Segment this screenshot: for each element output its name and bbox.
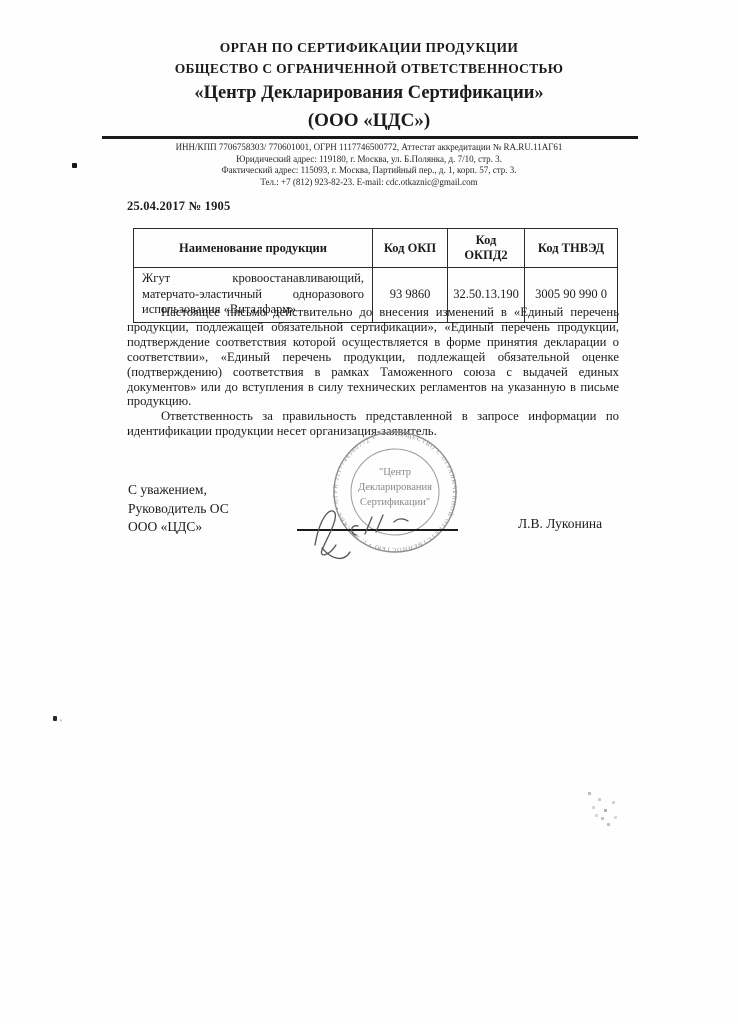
contacts-phone-email: Тел.: +7 (812) 923-82-23. E-mail: cdc.ot…: [99, 177, 639, 189]
letterhead: ОРГАН ПО СЕРТИФИКАЦИИ ПРОДУКЦИИ ОБЩЕСТВО…: [99, 37, 639, 134]
signoff-block: С уважением, Руководитель ОС ООО «ЦДС»: [128, 481, 229, 537]
scan-artifact-dot: [72, 163, 77, 168]
letterhead-divider: [102, 136, 638, 139]
scan-artifact-smudge: [588, 792, 591, 795]
table-header-okp-code: Код ОКП: [373, 229, 448, 268]
signoff-title: Руководитель ОС: [128, 500, 229, 519]
table-header-row: Наименование продукции Код ОКП Код ОКПД2…: [134, 229, 618, 268]
scanned-letter-page: ОРГАН ПО СЕРТИФИКАЦИИ ПРОДУКЦИИ ОБЩЕСТВО…: [0, 0, 738, 1024]
letter-body: Настоящее письмо действительно до внесен…: [127, 305, 619, 439]
scan-artifact-speck: [53, 716, 57, 721]
org-short-name-line: (ООО «ЦДС»): [99, 107, 639, 134]
org-form-line: ОБЩЕСТВО С ОГРАНИЧЕННОЙ ОТВЕТСТВЕННОСТЬЮ: [99, 58, 639, 80]
contacts-block: ИНН/КПП 7706758303/ 770601001, ОГРН 1117…: [99, 142, 639, 188]
date-and-number: 25.04.2017 № 1905: [127, 199, 230, 214]
table-header-tnved-code: Код ТНВЭД: [525, 229, 618, 268]
signatory-name: Л.В. Луконина: [518, 516, 602, 532]
contacts-actual-address: Фактический адрес: 115093, г. Москва, Па…: [99, 165, 639, 177]
contacts-legal-address: Юридический адрес: 119180, г. Москва, ул…: [99, 154, 639, 166]
table-header-okpd2-code: Код ОКПД2: [448, 229, 525, 268]
org-type-line: ОРГАН ПО СЕРТИФИКАЦИИ ПРОДУКЦИИ: [99, 37, 639, 58]
handwritten-signature: [290, 490, 470, 565]
table-header-product-name: Наименование продукции: [134, 229, 373, 268]
seal-center-line1: "Центр: [379, 467, 411, 478]
org-name-line: «Центр Декларирования Сертификации»: [99, 80, 639, 107]
signoff-company: ООО «ЦДС»: [128, 518, 229, 537]
body-paragraph-validity: Настоящее письмо действительно до внесен…: [127, 305, 619, 409]
signoff-regards: С уважением,: [128, 481, 229, 500]
contacts-inn-ogrn: ИНН/КПП 7706758303/ 770601001, ОГРН 1117…: [99, 142, 639, 154]
